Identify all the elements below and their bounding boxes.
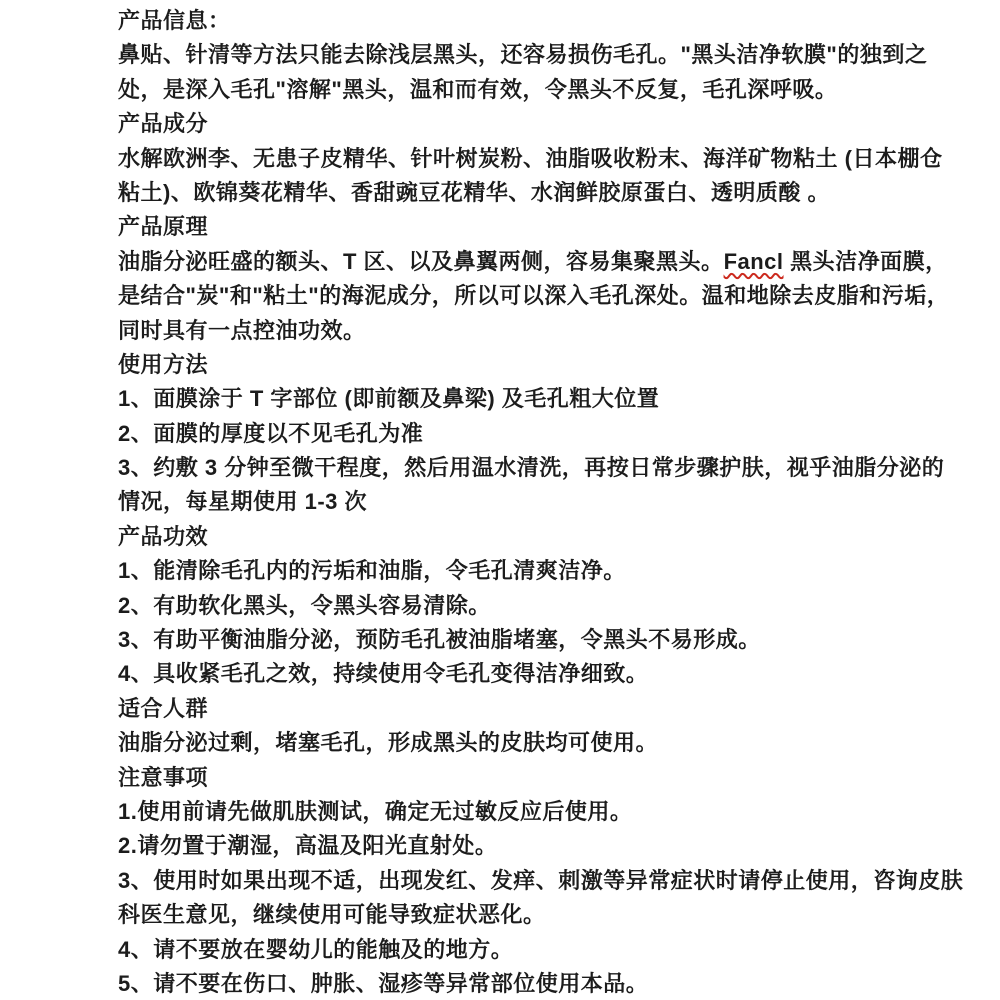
section-heading-usage: 使用方法 — [118, 348, 890, 382]
body-line: 5、请不要在伤口、肿胀、湿疹等异常部位使用本品。 — [118, 967, 890, 1000]
body-line: 情况，每星期使用 1-3 次 — [118, 485, 890, 519]
body-line: 4、请不要放在婴幼儿的能触及的地方。 — [118, 933, 890, 967]
body-line: 同时具有一点控油功效。 — [118, 314, 890, 348]
body-line: 1.使用前请先做肌肤测试，确定无过敏反应后使用。 — [118, 795, 890, 829]
section-heading-principle: 产品原理 — [118, 210, 890, 244]
product-info-document: 产品信息： 鼻贴、针清等方法只能去除浅层黑头，还容易损伤毛孔。"黑头洁净软膜"的… — [0, 0, 1000, 1000]
body-line: 是结合"炭"和"粘土"的海泥成分，所以可以深入毛孔深处。温和地除去皮脂和污垢， — [118, 279, 890, 313]
section-heading-precautions: 注意事项 — [118, 761, 890, 795]
body-line: 鼻贴、针清等方法只能去除浅层黑头，还容易损伤毛孔。"黑头洁净软膜"的独到之 — [118, 38, 890, 72]
body-line: 科医生意见，继续使用可能导致症状恶化。 — [118, 898, 890, 932]
body-line: 水解欧洲李、无患子皮精华、针叶树炭粉、油脂吸收粉末、海洋矿物粘土 (日本棚仓 — [118, 142, 890, 176]
body-line: 粘土)、欧锦葵花精华、香甜豌豆花精华、水润鲜胶原蛋白、透明质酸 。 — [118, 176, 890, 210]
body-line: 2、有助软化黑头，令黑头容易清除。 — [118, 589, 890, 623]
body-line: 1、能清除毛孔内的污垢和油脂，令毛孔清爽洁净。 — [118, 554, 890, 588]
body-line: 处，是深入毛孔"溶解"黑头，温和而有效，令黑头不反复，毛孔深呼吸。 — [118, 73, 890, 107]
body-line: 3、约敷 3 分钟至微干程度，然后用温水清洗，再按日常步骤护肤，视乎油脂分泌的 — [118, 451, 890, 485]
body-text-segment: 油脂分泌旺盛的额头、T 区、以及鼻翼两侧，容易集聚黑头。 — [118, 249, 724, 274]
section-heading-effects: 产品功效 — [118, 520, 890, 554]
body-line: 3、有助平衡油脂分泌，预防毛孔被油脂堵塞，令黑头不易形成。 — [118, 623, 890, 657]
body-line: 1、面膜涂于 T 字部位 (即前额及鼻梁) 及毛孔粗大位置 — [118, 382, 890, 416]
section-heading-suitable-users: 适合人群 — [118, 692, 890, 726]
body-line: 2.请勿置于潮湿，高温及阳光直射处。 — [118, 829, 890, 863]
body-line: 2、面膜的厚度以不见毛孔为准 — [118, 417, 890, 451]
document-text-block: 产品信息： 鼻贴、针清等方法只能去除浅层黑头，还容易损伤毛孔。"黑头洁净软膜"的… — [118, 4, 890, 1000]
body-line: 油脂分泌过剩，堵塞毛孔，形成黑头的皮肤均可使用。 — [118, 726, 890, 760]
section-heading-ingredients: 产品成分 — [118, 107, 890, 141]
body-line: 4、具收紧毛孔之效，持续使用令毛孔变得洁净细致。 — [118, 657, 890, 691]
section-heading-product-info: 产品信息： — [118, 4, 890, 38]
brand-word-spellcheck: Fancl — [724, 249, 784, 274]
body-text-segment: 黑头洁净面膜， — [784, 249, 948, 274]
body-line: 3、使用时如果出现不适，出现发红、发痒、刺激等异常症状时请停止使用，咨询皮肤 — [118, 864, 890, 898]
body-line-with-brand: 油脂分泌旺盛的额头、T 区、以及鼻翼两侧，容易集聚黑头。Fancl 黑头洁净面膜… — [118, 245, 890, 279]
